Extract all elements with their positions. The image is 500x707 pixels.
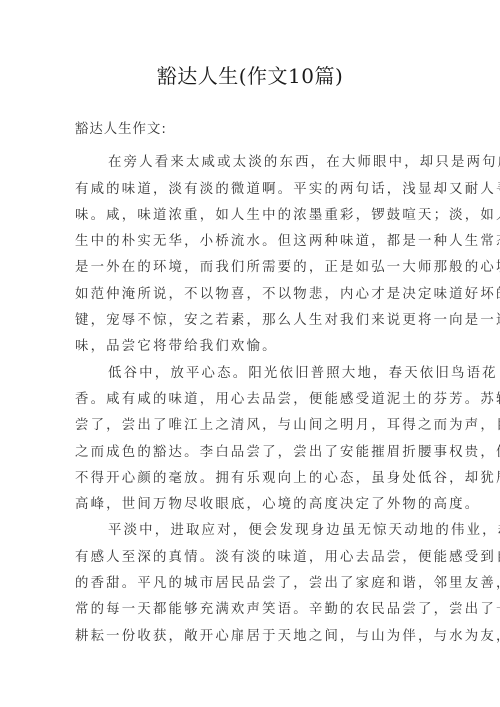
text-line: 味，品尝它将带给我们欢愉。 (75, 334, 439, 360)
paragraph-2: 低谷中，放平心态。阳光依旧普照大地，春天依旧鸟语花 香。咸有咸的味道，用心去品尝… (75, 361, 439, 519)
text-line: 之而成色的豁达。李白品尝了，尝出了安能摧眉折腰事权贵，使我 (75, 440, 439, 466)
text-line: 生中的朴实无华，小桥流水。但这两种味道，都是一种人生常态， (75, 229, 439, 255)
text-line: 有感人至深的真情。淡有淡的味道，用心去品尝，便能感受到自然 (75, 545, 439, 571)
text-line: 尝了，尝出了唯江上之清风，与山间之明月，耳得之而为声，目遇 (75, 413, 439, 439)
text-line: 不得开心颜的毫放。拥有乐观向上的心态，虽身处低谷，却犹居于 (75, 466, 439, 492)
text-line: 高峰，世间万物尽收眼底，心境的高度决定了外物的高度。 (75, 492, 439, 518)
text-line: 如范仲淹所说，不以物喜，不以物悲，内心才是决定味道好坏的关 (75, 282, 439, 308)
document-title: 豁达人生(作文10篇) (0, 60, 500, 89)
text-line: 低谷中，放平心态。阳光依旧普照大地，春天依旧鸟语花 (75, 361, 439, 387)
text-line: 在旁人看来太咸或太淡的东西，在大师眼中，却只是两句咸 (75, 150, 439, 176)
text-line: 有咸的味道，淡有淡的微道啊。平实的两句话，浅显却又耐人寻 (75, 177, 439, 203)
text-line: 的香甜。平凡的城市居民品尝了，尝出了家庭和谐，邻里友善，日 (75, 571, 439, 597)
text-line: 键，宠辱不惊，安之若素，那么人生对我们来说更将一向是一道美 (75, 308, 439, 334)
text-line: 是一外在的环境，而我们所需要的，正是如弘一大师那般的心境， (75, 255, 439, 281)
text-line: 常的每一天都能够充满欢声笑语。辛勤的农民品尝了，尝出了一份 (75, 597, 439, 623)
text-line: 耕耘一份收获，敞开心扉居于天地之间，与山为伴，与水为友，勤 (75, 624, 439, 650)
text-line: 香。咸有咸的味道，用心去品尝，便能感受道泥土的芬芳。苏轼品 (75, 387, 439, 413)
text-line: 平淡中，进取应对，便会发现身边虽无惊天动地的伟业，却 (75, 518, 439, 544)
paragraph-1: 在旁人看来太咸或太淡的东西，在大师眼中，却只是两句咸 有咸的味道，淡有淡的微道啊… (75, 150, 439, 360)
paragraph-3: 平淡中，进取应对，便会发现身边虽无惊天动地的伟业，却 有感人至深的真情。淡有淡的… (75, 518, 439, 649)
document-subtitle: 豁达人生作文: (75, 117, 439, 143)
text-line: 味。咸，味道浓重，如人生中的浓墨重彩，锣鼓喧天；淡，如人声 (75, 203, 439, 229)
document-body: 豁达人生作文: 在旁人看来太咸或太淡的东西，在大师眼中，却只是两句咸 有咸的味道… (75, 117, 439, 650)
